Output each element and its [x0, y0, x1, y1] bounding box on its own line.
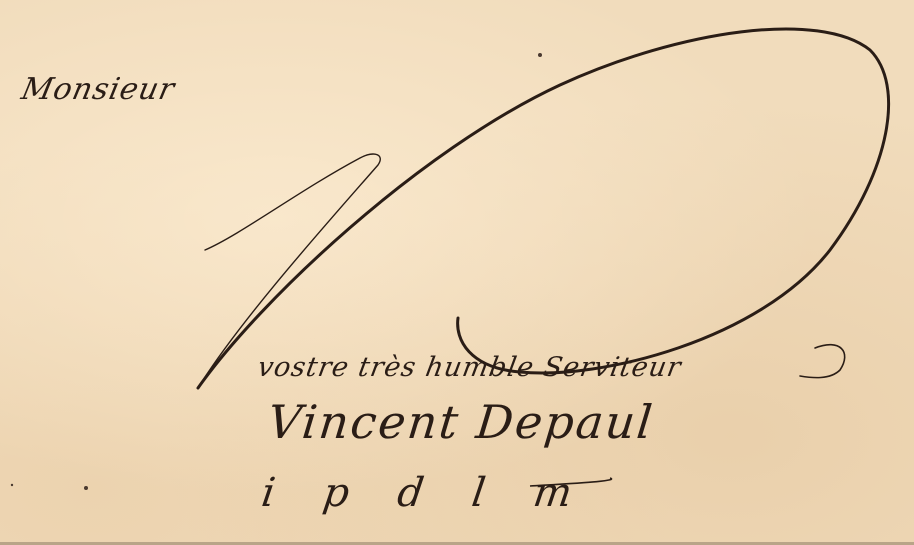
signature-text: Vincent Depaul — [265, 395, 656, 449]
letter-page: Monsieur vostre très humble Serviteur Vi… — [0, 0, 914, 545]
paraph-mark: i p d l m — [259, 470, 593, 516]
closing-text: vostre très humble Serviteur — [255, 352, 684, 383]
salutation-text: Monsieur — [18, 72, 178, 107]
